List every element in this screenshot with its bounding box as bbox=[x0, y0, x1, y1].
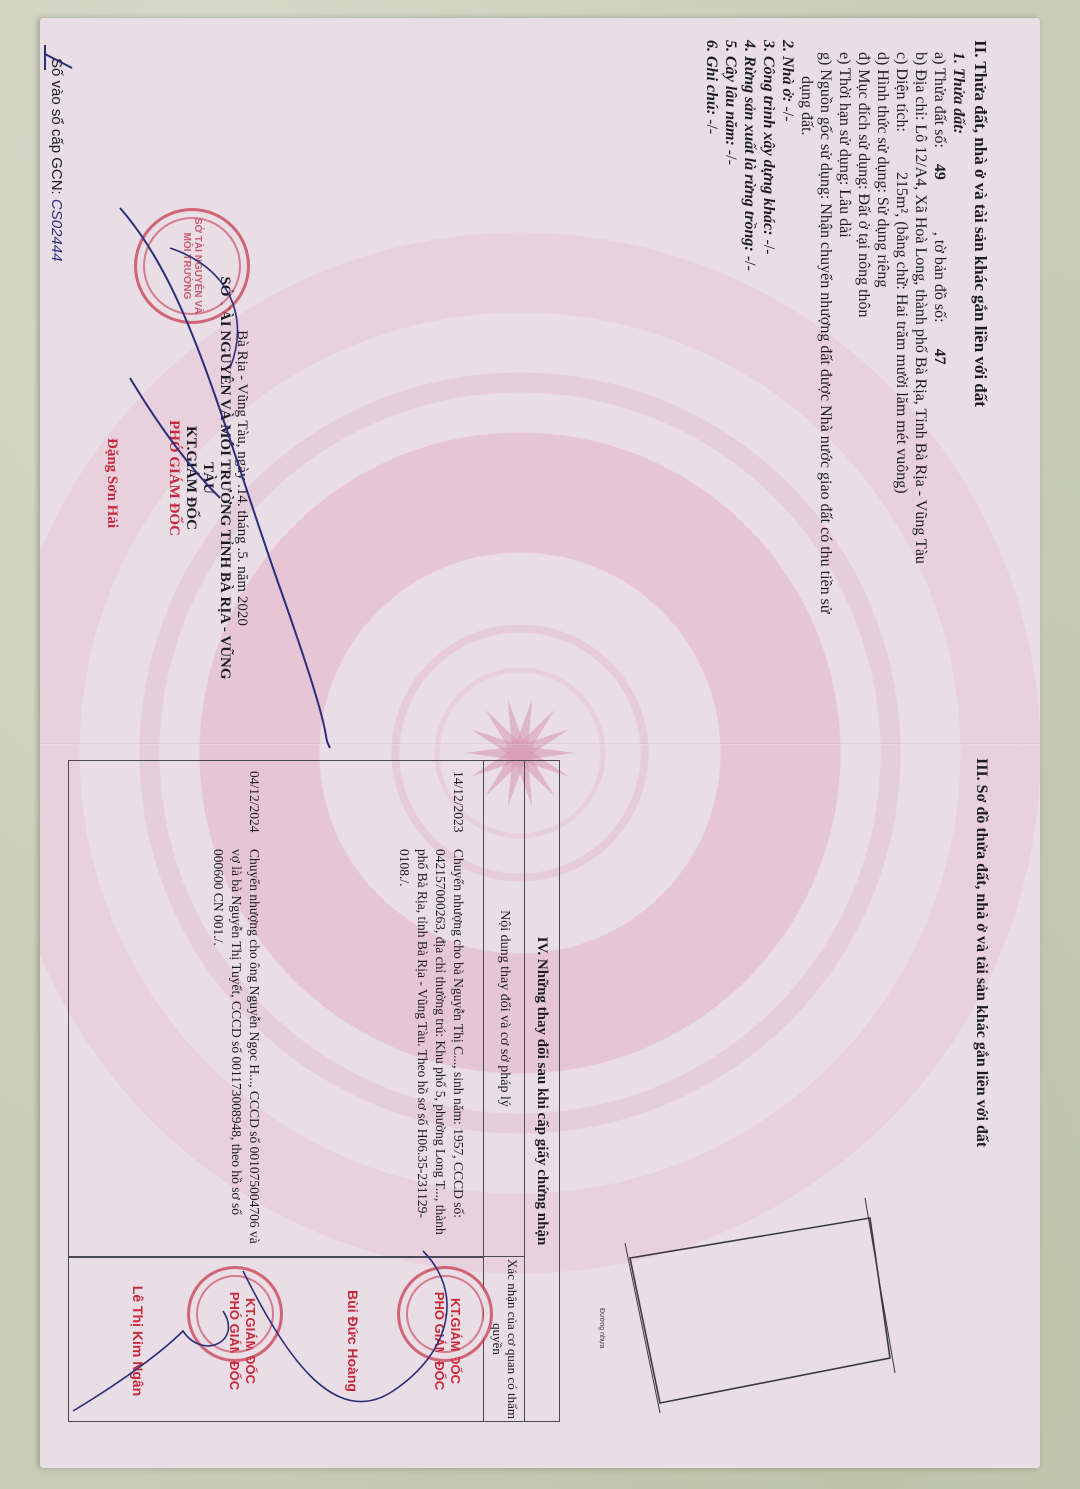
house-line: 2. Nhà ở: -/- bbox=[778, 40, 797, 614]
parcel-number: 49 bbox=[930, 152, 949, 192]
confirmation-signatures-ink bbox=[63, 1231, 483, 1431]
col-confirm-header: Xác nhận của cơ quan có thẩm quyền bbox=[484, 1257, 524, 1421]
use-purpose-line: đ) Mục đích sử dụng: Đất ở tại nông thôn bbox=[854, 40, 873, 614]
use-form-line: d) Hình thức sử dụng: Sử dụng riêng bbox=[873, 40, 892, 614]
registry-number: Số vào sổ cấp GCN: CS02444 bbox=[48, 58, 65, 261]
check-mark-icon bbox=[40, 40, 80, 80]
section-4-title: IV. Những thay đổi sau khi cấp giấy chứn… bbox=[524, 761, 559, 1421]
area-label: c) Diện tích: bbox=[893, 52, 910, 132]
use-origin-cont-line: dụng đất. bbox=[797, 40, 816, 614]
map-sheet-number: 47 bbox=[930, 327, 949, 387]
use-term-line: e) Thời hạn sử dụng: Lâu dài bbox=[835, 40, 854, 614]
entry-content: Chuyển nhượng cho ông Nguyễn Ngọc H..., … bbox=[209, 849, 263, 1251]
entry-date: 04/12/2024 bbox=[209, 771, 263, 849]
land-heading: 1. Thửa đất: bbox=[949, 40, 968, 614]
parcel-line: a) Thửa đất số: 49 , tờ bản đồ số: 47 bbox=[930, 40, 949, 614]
notes-line: 6. Ghi chú: -/- bbox=[702, 40, 721, 614]
area-value: 215m², (bằng chữ: Hai trăm mười lăm mét … bbox=[893, 172, 910, 494]
changes-table: IV. Những thay đổi sau khi cấp giấy chứn… bbox=[68, 760, 560, 1422]
area-line: c) Diện tích: 215m², (bằng chữ: Hai trăm… bbox=[892, 40, 911, 614]
svg-text:Đường nhựa: Đường nhựa bbox=[598, 1308, 605, 1349]
section-3-title: III. Sơ đồ thửa đất, nhà ở và tài sản kh… bbox=[972, 758, 990, 1147]
map-sheet-label: , tờ bản đồ số: bbox=[931, 232, 948, 323]
parcel-label: a) Thửa đất số: bbox=[931, 52, 948, 148]
address-line: b) Địa chỉ: Lô 12/A4, Xã Hoà Long, thành… bbox=[911, 40, 930, 614]
other-works-line: 3. Công trình xây dựng khác: -/- bbox=[759, 40, 778, 614]
registry-value: CS02444 bbox=[48, 199, 65, 262]
perennial-line: 5. Cây lâu năm: -/- bbox=[721, 40, 740, 614]
col-content-header: Nội dung thay đổi và cơ sở pháp lý bbox=[484, 761, 524, 1257]
section-2-title: II. Thửa đất, nhà ở và tài sản khác gắn … bbox=[970, 40, 990, 407]
left-page: II. Thửa đất, nhà ở và tài sản khác gắn … bbox=[40, 18, 1040, 743]
issuer-signature-ink bbox=[40, 168, 340, 768]
parcel-sketch-diagram: Đường nhựa bbox=[580, 1158, 960, 1418]
entry-content: Chuyển nhượng cho bà Nguyễn Thị C..., si… bbox=[395, 849, 467, 1251]
land-use-certificate-sheet: II. Thửa đất, nhà ở và tài sản khác gắn … bbox=[40, 18, 1040, 1468]
change-entry-2: 04/12/2024 Chuyển nhượng cho ông Nguyễn … bbox=[209, 771, 263, 1251]
change-entry-1: 14/12/2023 Chuyển nhượng cho bà Nguyễn T… bbox=[395, 771, 467, 1251]
use-origin-line: g) Nguồn gốc sử dụng: Nhận chuyển nhượng… bbox=[816, 40, 835, 614]
section-2-body: 1. Thửa đất: a) Thửa đất số: 49 , tờ bản… bbox=[702, 40, 968, 614]
changes-table-body: 14/12/2023 Chuyển nhượng cho bà Nguyễn T… bbox=[69, 761, 483, 1421]
certificate-photo: II. Thửa đất, nhà ở và tài sản khác gắn … bbox=[0, 0, 1080, 1489]
entry-date: 14/12/2023 bbox=[395, 771, 467, 849]
forest-line: 4. Rừng sản xuất là rừng trồng: -/- bbox=[740, 40, 759, 614]
